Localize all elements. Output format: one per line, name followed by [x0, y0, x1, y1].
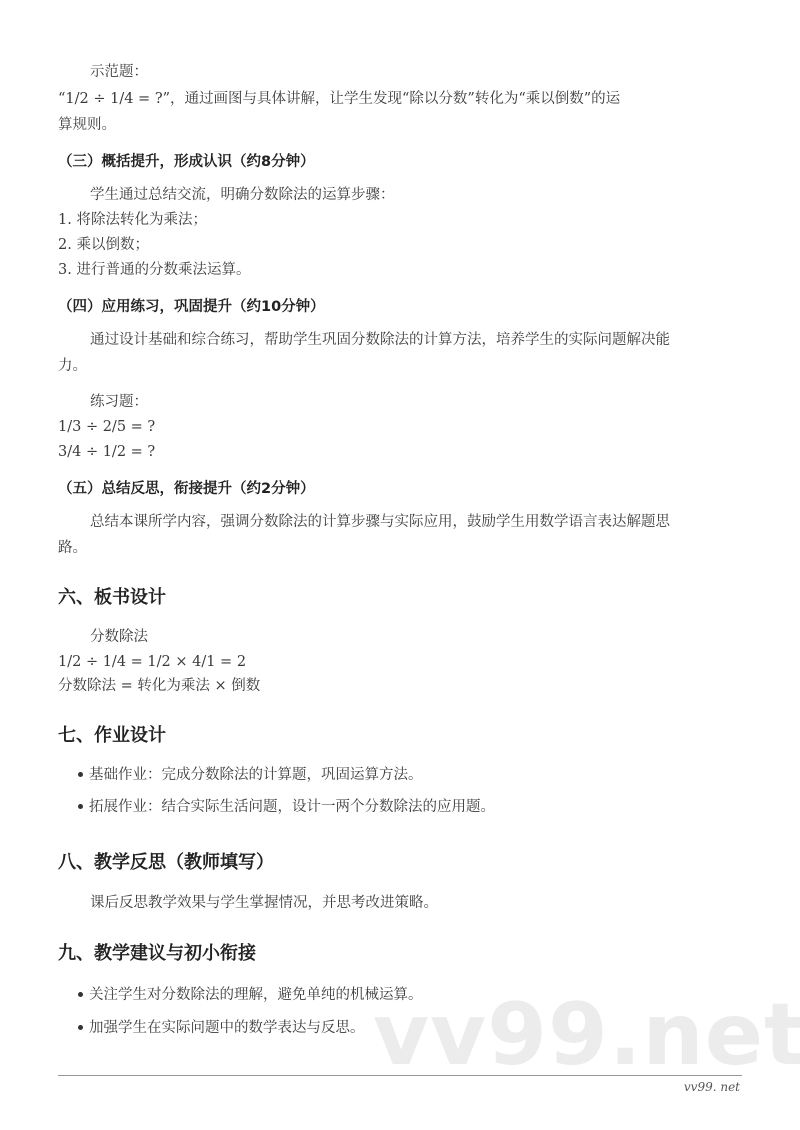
- section3-intro: 学生通过总结交流，明确分数除法的运算步骤：: [90, 185, 395, 205]
- homework-item-1-text: 基础作业：完成分数除法的计算题，巩固运算方法。: [89, 767, 423, 783]
- section5-para-line1: 总结本课所学内容，强调分数除法的计算步骤与实际应用，鼓励学生用数学语言表达解题思: [90, 512, 670, 532]
- suggestion-item-2: 加强学生在实际问题中的数学表达与反思。: [78, 1018, 365, 1038]
- document-page: vv99.net 示范题： “1/2 ÷ 1/4 = ?”，通过画图与具体讲解，…: [0, 0, 800, 1130]
- watermark: vv99.net: [373, 990, 800, 1080]
- section3-step-2: 2. 乘以倒数；: [58, 235, 149, 255]
- section3-heading: （三）概括提升，形成认识（约8分钟）: [58, 152, 315, 172]
- bullet-icon: [78, 1025, 83, 1030]
- example-text-line2: 算规则。: [58, 115, 116, 135]
- footer-divider: [58, 1075, 742, 1076]
- bullet-icon: [78, 804, 83, 809]
- example-label: 示范题：: [90, 62, 148, 82]
- homework-item-1: 基础作业：完成分数除法的计算题，巩固运算方法。: [78, 765, 423, 785]
- bullet-icon: [78, 992, 83, 997]
- board-heading: 六、板书设计: [58, 586, 166, 610]
- suggestion-item-2-text: 加强学生在实际问题中的数学表达与反思。: [89, 1020, 365, 1036]
- reflection-text: 课后反思教学效果与学生掌握情况，并思考改进策略。: [90, 893, 438, 913]
- section3-step-3: 3. 进行普通的分数乘法运算。: [58, 260, 250, 280]
- exercise-1: 1/3 ÷ 2/5 = ?: [58, 417, 155, 437]
- suggestion-item-1-text: 关注学生对分数除法的理解，避免单纯的机械运算。: [89, 987, 423, 1003]
- section4-para-line2: 力。: [58, 356, 87, 376]
- reflection-heading: 八、教学反思（教师填写）: [58, 851, 274, 875]
- board-rule: 分数除法 = 转化为乘法 × 倒数: [58, 676, 260, 696]
- homework-item-2-text: 拓展作业：结合实际生活问题，设计一两个分数除法的应用题。: [89, 799, 495, 815]
- exercise-2: 3/4 ÷ 1/2 = ?: [58, 442, 155, 462]
- section5-heading: （五）总结反思，衔接提升（约2分钟）: [58, 479, 315, 499]
- section5-para-line2: 路。: [58, 538, 87, 558]
- suggestions-heading: 九、教学建议与初小衔接: [58, 942, 256, 966]
- section4-heading: （四）应用练习，巩固提升（约10分钟）: [58, 297, 325, 317]
- homework-heading: 七、作业设计: [58, 724, 166, 748]
- exercise-label: 练习题：: [90, 392, 148, 412]
- footer-site: vv99. net: [684, 1080, 740, 1094]
- bullet-icon: [78, 772, 83, 777]
- board-formula: 1/2 ÷ 1/4 = 1/2 × 4/1 = 2: [58, 652, 246, 672]
- section3-step-1: 1. 将除法转化为乘法；: [58, 210, 207, 230]
- homework-item-2: 拓展作业：结合实际生活问题，设计一两个分数除法的应用题。: [78, 797, 495, 817]
- example-text-line1: “1/2 ÷ 1/4 = ?”，通过画图与具体讲解，让学生发现“除以分数”转化为…: [58, 89, 620, 109]
- section4-para-line1: 通过设计基础和综合练习，帮助学生巩固分数除法的计算方法，培养学生的实际问题解决能: [90, 330, 670, 350]
- suggestion-item-1: 关注学生对分数除法的理解，避免单纯的机械运算。: [78, 985, 423, 1005]
- board-title: 分数除法: [90, 627, 148, 647]
